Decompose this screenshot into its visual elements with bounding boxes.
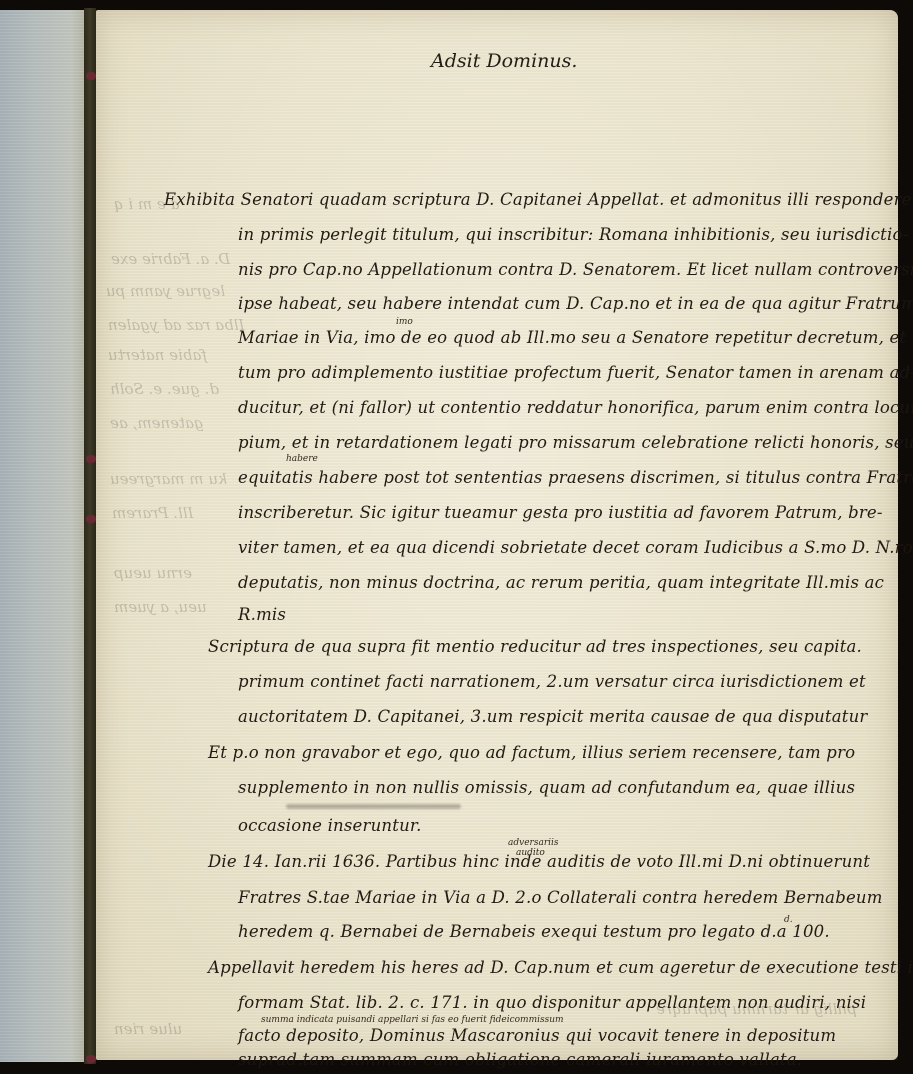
text-line: viter tamen, et ea qua dicendi sobrietat…: [238, 538, 913, 557]
text-line: nis pro Cap.no Appellationum contra D. S…: [238, 260, 913, 279]
text-line: Fratres S.tae Mariae in Via a D. 2.o Col…: [238, 888, 883, 907]
text-line: in primis perlegit titulum, qui inscribi…: [238, 225, 908, 244]
binding-gutter: [84, 8, 96, 1064]
binding-thread: [86, 515, 96, 523]
bleed-through-text: legrue yanm pu: [106, 282, 225, 300]
text-line: Et p.o non gravabor et ego, quo ad factu…: [208, 743, 855, 762]
text-line: deputatis, non minus doctrina, ac rerum …: [238, 573, 884, 592]
bleed-through-text: d. gue. e. Solh: [110, 380, 219, 398]
text-line: supplemento in non nullis omissis, quam …: [238, 778, 855, 797]
binding-thread: [86, 72, 96, 80]
text-line: pium, et in retardationem legati pro mis…: [238, 433, 913, 452]
binding-thread: [86, 1055, 96, 1063]
text-line: R.mis: [238, 605, 286, 624]
text-line: tum pro adimplemento iustitiae profectum…: [238, 363, 913, 382]
interlinear-note: imo: [396, 317, 413, 327]
bleed-through-text: ueu, a yuem: [114, 598, 207, 616]
text-line: ducitur, et (ni fallor) ut contentio red…: [238, 398, 913, 417]
text-line: primum continet facti narrationem, 2.um …: [238, 672, 866, 691]
text-line: Die 14. Ian.rii 1636. Partibus hinc inde…: [208, 852, 870, 871]
interlinear-note: summa indicata puisandi appellari si fas…: [261, 1015, 564, 1025]
facing-blank-leaf: [0, 10, 85, 1062]
text-line: facto deposito, Dominus Mascaronius qui …: [238, 1026, 836, 1045]
text-line: Exhibita Senatori quadam scriptura D. Ca…: [164, 190, 912, 209]
text-line: Scriptura de qua supra fit mentio reduci…: [208, 637, 862, 656]
text-line: ipse habeat, seu habere intendat cum D. …: [238, 294, 913, 313]
text-line: auctoritatem D. Capitanei, 3.um respicit…: [238, 707, 868, 726]
text-line: equitatis habere post tot sententias pra…: [238, 468, 913, 487]
binding-thread: [86, 455, 96, 463]
invocation-heading: Adsit Dominus.: [431, 50, 577, 72]
interlinear-note: adversariis: [508, 838, 559, 848]
text-line: heredem q. Bernabei de Bernabeis exequi …: [238, 922, 830, 941]
bleed-through-text: ulue rien: [114, 1020, 182, 1038]
text-line: Mariae in Via, imo de eo quod ab Ill.mo …: [238, 328, 913, 347]
bleed-through-text: Ill. Prarem: [112, 504, 194, 522]
bleed-through-text: ku m margreeu: [110, 470, 227, 488]
text-line: formam Stat. lib. 2. c. 171. in quo disp…: [238, 993, 866, 1012]
interlinear-note: habere: [286, 454, 318, 464]
manuscript-page: a e m i q D. a. Fabrie exe legrue yanm p…: [96, 10, 898, 1060]
text-line: suprad.tam summam cum obligatione camera…: [238, 1050, 802, 1069]
bleed-through-text: gatenem, ae: [110, 414, 204, 432]
manuscript-scan: a e m i q D. a. Fabrie exe legrue yanm p…: [0, 0, 913, 1074]
text-line: inscriberetur. Sic igitur tueamur gesta …: [238, 503, 883, 522]
text-line: occasione inseruntur.: [238, 816, 422, 835]
text-line: Appellavit heredem his heres ad D. Cap.n…: [208, 958, 913, 977]
bleed-through-text: fabie natertu: [108, 346, 207, 364]
bleed-through-text: Ilba raz ad ygalen: [108, 316, 245, 334]
ink-smudge: [286, 804, 461, 809]
bleed-through-text: ernu ueup: [114, 564, 192, 582]
bleed-through-text: D. a. Fabrie exe: [111, 250, 230, 268]
